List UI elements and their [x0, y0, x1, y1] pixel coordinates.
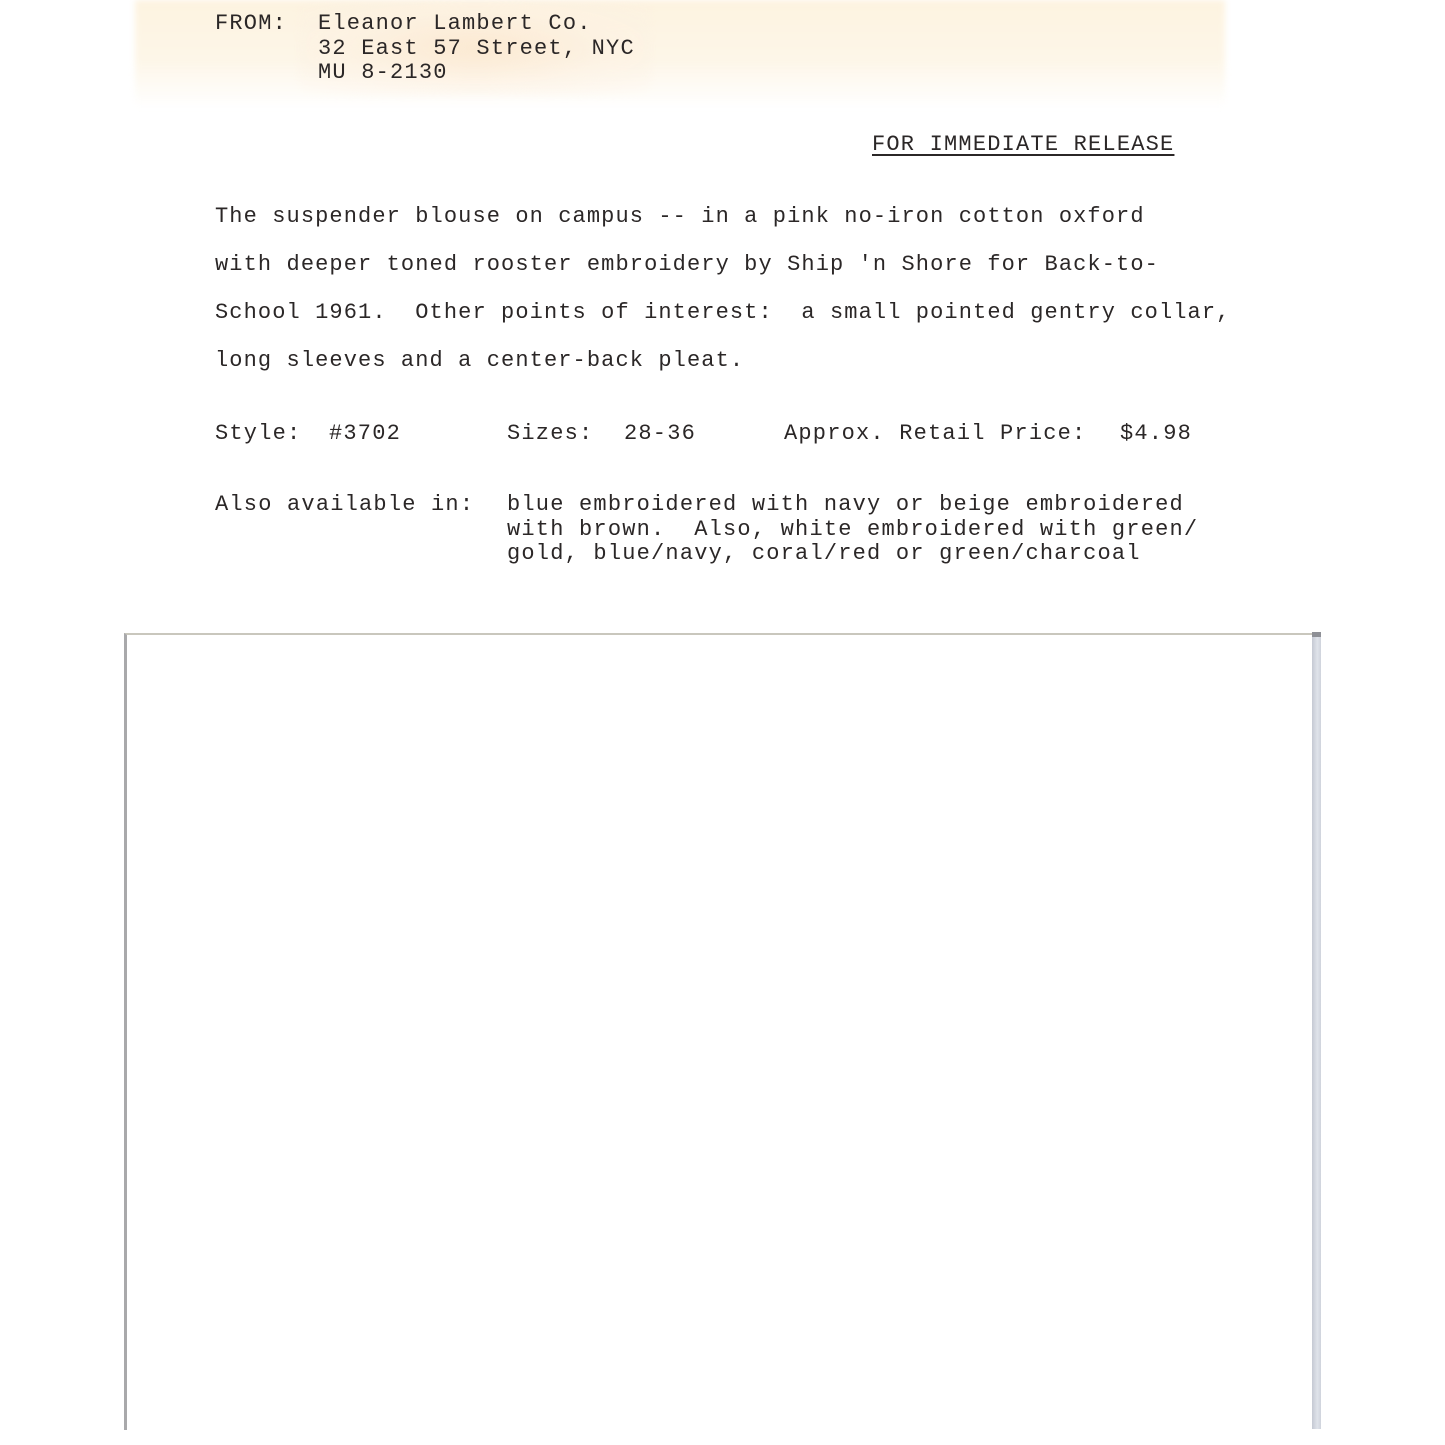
photo-edge-shadow — [1312, 632, 1321, 1429]
description-line: long sleeves and a center-back pleat. — [215, 349, 744, 373]
retail-price: $4.98 — [1120, 422, 1192, 446]
sender-phone: MU 8-2130 — [318, 61, 448, 85]
sender-address: 32 East 57 Street, NYC — [318, 37, 635, 61]
sizes-range: 28-36 — [624, 422, 696, 446]
availability-line: with brown. Also, white embroidered with… — [507, 518, 1198, 542]
paper-aging-stain — [135, 0, 1225, 108]
availability-label: Also available in: — [215, 493, 474, 517]
availability-line: blue embroidered with navy or beige embr… — [507, 493, 1184, 517]
from-label: FROM: — [215, 12, 287, 36]
sender-company: Eleanor Lambert Co. — [318, 12, 592, 36]
description-line: with deeper toned rooster embroidery by … — [215, 253, 1159, 277]
description-line: The suspender blouse on campus -- in a p… — [215, 205, 1145, 229]
availability-line: gold, blue/navy, coral/red or green/char… — [507, 542, 1141, 566]
style-label: Style: — [215, 422, 301, 446]
press-release-page: FROM: Eleanor Lambert Co. 32 East 57 Str… — [0, 0, 1445, 1445]
description-line: School 1961. Other points of interest: a… — [215, 301, 1230, 325]
photo-area-blank — [124, 633, 1319, 1430]
style-number: #3702 — [329, 422, 401, 446]
price-label: Approx. Retail Price: — [784, 422, 1086, 446]
release-notice: FOR IMMEDIATE RELEASE — [872, 133, 1174, 157]
sizes-label: Sizes: — [507, 422, 593, 446]
